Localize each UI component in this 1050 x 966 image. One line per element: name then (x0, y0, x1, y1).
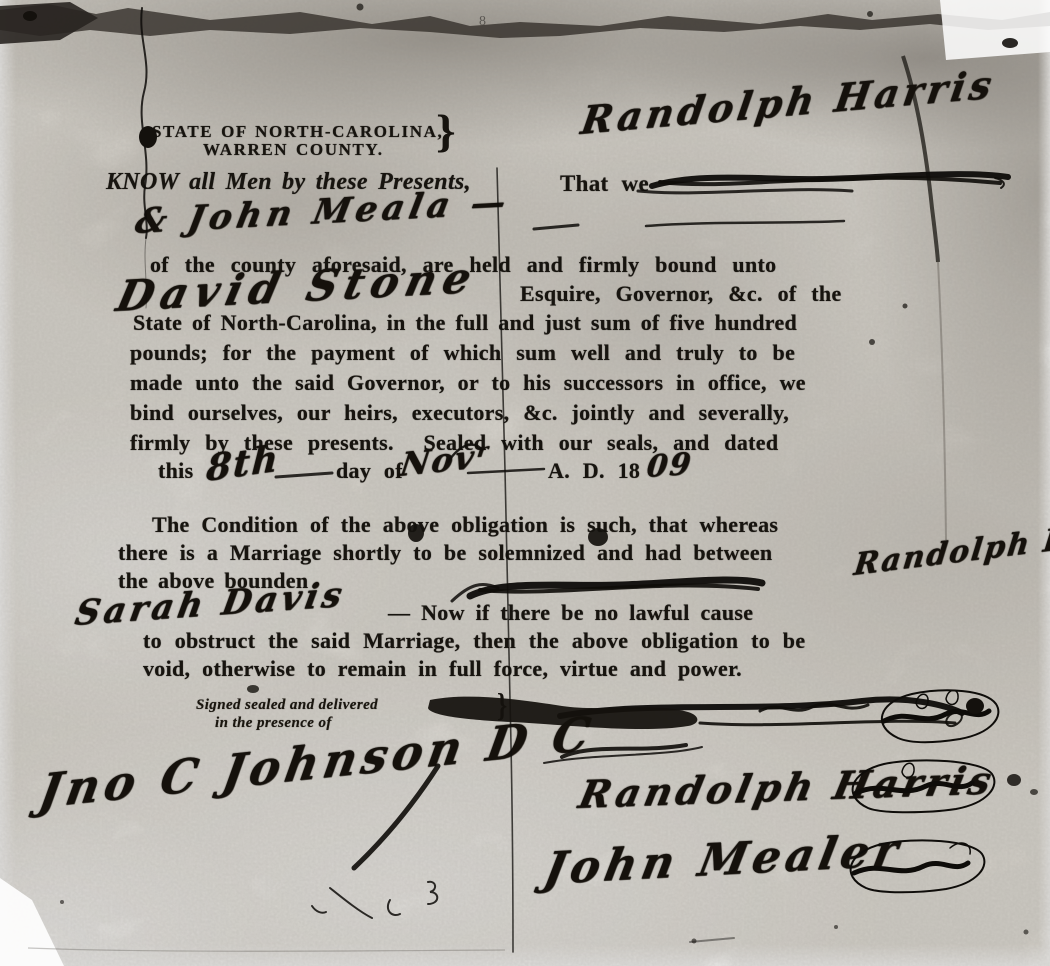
condition-line: — Now if there be no lawful cause (388, 600, 753, 626)
obligation-line: bind ourselves, our heirs, executors, &c… (130, 400, 789, 426)
date-prefix: this (158, 458, 193, 484)
condition-line: The Condition of the above obligation is… (152, 512, 778, 538)
handwritten-year: 09 (645, 446, 694, 485)
attestation-line2: in the presence of (215, 715, 332, 732)
date-ad: A. D. 18 (548, 458, 640, 484)
attestation-line1: Signed sealed and delivered (196, 697, 378, 714)
obligation-line: pounds; for the payment of which sum wel… (130, 340, 795, 366)
header-brace: } (436, 103, 456, 157)
condition-line: void, otherwise to remain in full force,… (143, 656, 742, 682)
obligation-line: State of North-Carolina, in the full and… (133, 310, 797, 336)
page-mark: 8 (479, 14, 486, 30)
condition-line: to obstruct the said Marriage, then the … (143, 628, 805, 654)
opening-that-we: That we (560, 170, 649, 198)
date-day-of: day of (336, 458, 403, 484)
scanned-marriage-bond-document: STATE OF NORTH-CAROLINA, WARREN COUNTY. … (0, 0, 1050, 966)
condition-line: there is a Marriage shortly to be solemn… (118, 540, 772, 566)
header-county-line: WARREN COUNTY. (203, 140, 384, 160)
obligation-line: Esquire, Governor, &c. of the (520, 281, 842, 307)
obligation-line: made unto the said Governor, or to his s… (130, 370, 806, 396)
